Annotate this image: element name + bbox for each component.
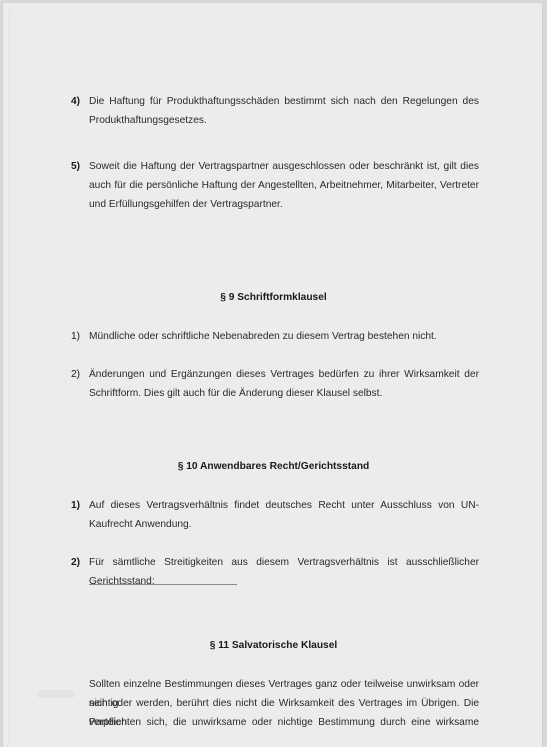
clause-9-2: 2) Änderungen und Ergänzungen dieses Ver… bbox=[71, 365, 479, 403]
clause-number: 1) bbox=[71, 327, 87, 346]
page-margin-line bbox=[9, 9, 10, 741]
clause-number: 5) bbox=[71, 157, 87, 176]
clause-8-4: 4) Die Haftung für Produkthaftungsschäde… bbox=[71, 92, 479, 130]
clause-number: 2) bbox=[71, 553, 87, 572]
clause-text: Änderungen und Ergänzungen dieses Vertra… bbox=[89, 365, 479, 403]
clause-text: Mündliche oder schriftliche Nebenabreden… bbox=[89, 327, 479, 346]
clause-text: Für sämtliche Streitigkeiten aus diesem … bbox=[89, 553, 479, 591]
section-10-heading: § 10 Anwendbares Recht/Gerichtsstand bbox=[0, 461, 547, 472]
clause-10-2: 2) Für sämtliche Streitigkeiten aus dies… bbox=[71, 553, 479, 591]
clause-text: Die Haftung für Produkthaftungsschäden b… bbox=[89, 92, 479, 130]
clause-10-1: 1) Auf dieses Vertragsverhältnis findet … bbox=[71, 496, 479, 534]
clause-number: 1) bbox=[71, 496, 87, 515]
section-11-heading: § 11 Salvatorische Klausel bbox=[0, 640, 547, 651]
clause-9-1: 1) Mündliche oder schriftliche Nebenabre… bbox=[71, 327, 479, 346]
watermark bbox=[38, 690, 74, 698]
clause-number: 4) bbox=[71, 92, 87, 111]
clause-number: 2) bbox=[71, 365, 87, 384]
section-9-heading: § 9 Schriftformklausel bbox=[0, 292, 547, 303]
jurisdiction-fill-in-line[interactable] bbox=[89, 584, 237, 585]
clause-text: Auf dieses Vertragsverhältnis findet deu… bbox=[89, 496, 479, 534]
clause-11-line-3: verpflichten sich, die unwirksame oder n… bbox=[89, 713, 479, 732]
clause-text: Soweit die Haftung der Vertragspartner a… bbox=[89, 157, 479, 214]
clause-8-5: 5) Soweit die Haftung der Vertragspartne… bbox=[71, 157, 479, 214]
